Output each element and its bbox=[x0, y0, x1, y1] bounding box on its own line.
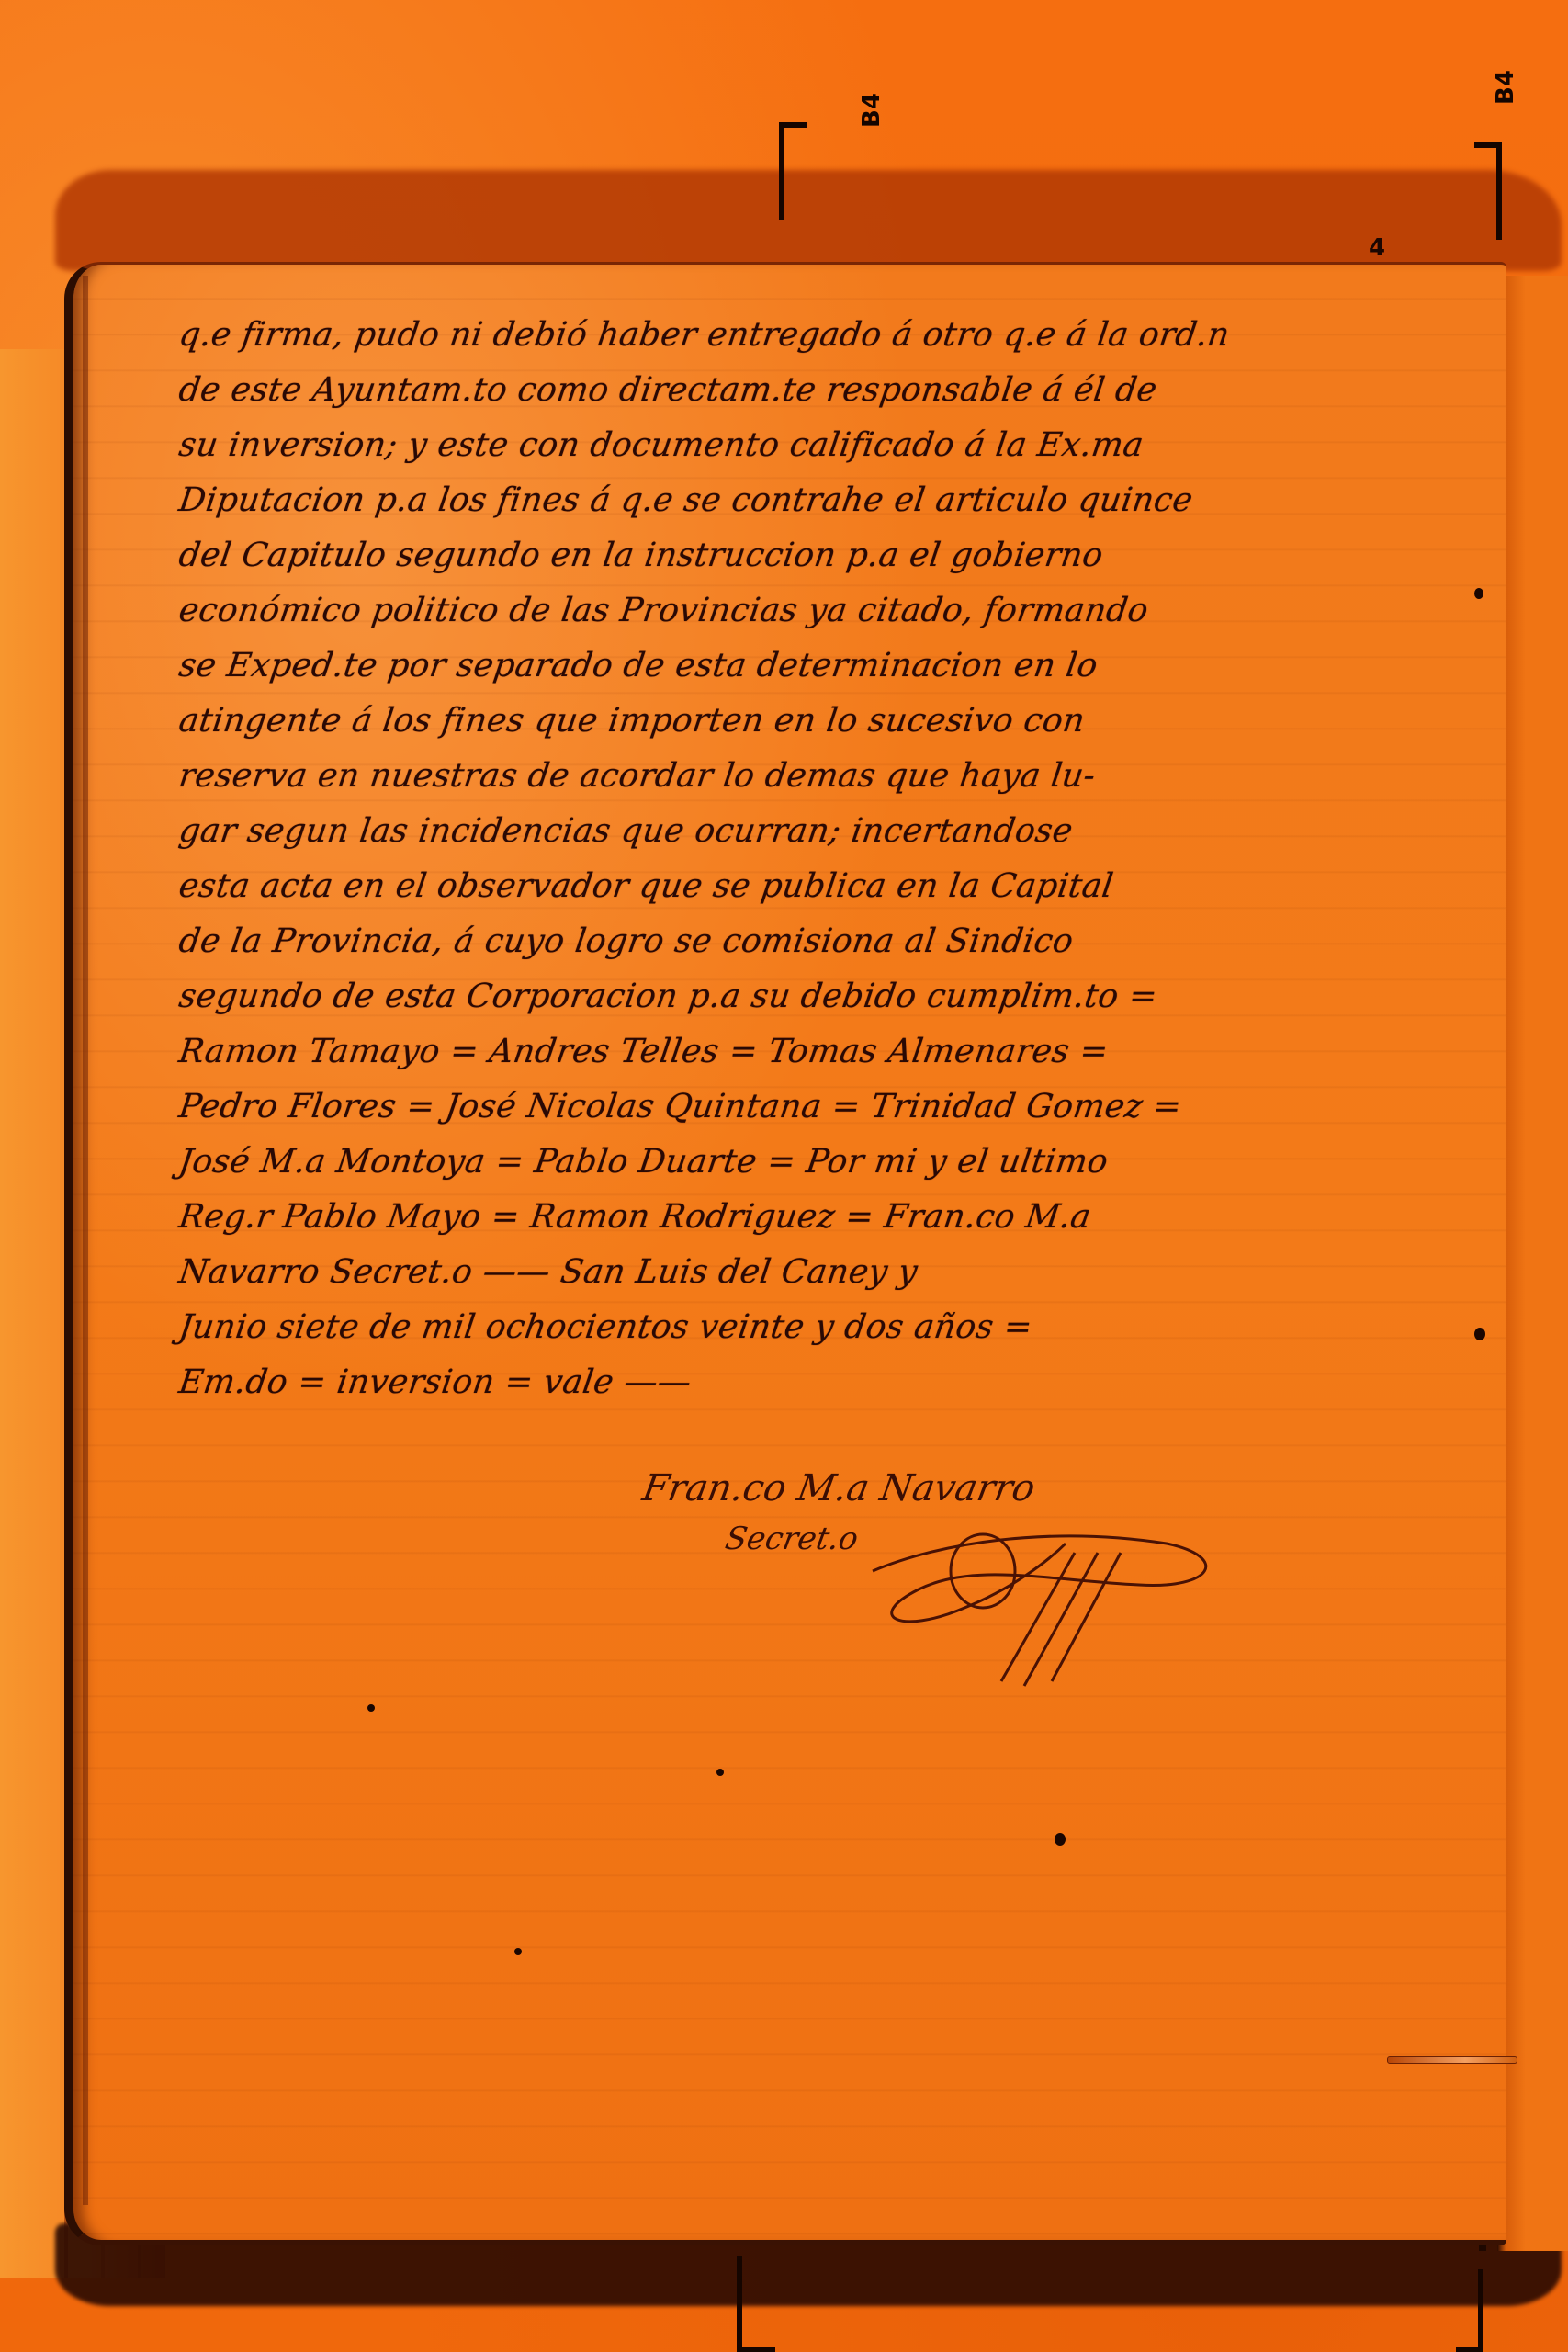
text-line: reserva en nuestras de acordar lo demas … bbox=[175, 749, 1441, 804]
text-line: Pedro Flores = José Nicolas Quintana = T… bbox=[175, 1080, 1441, 1135]
text-line: Diputacion p.a los fines á q.e se contra… bbox=[175, 473, 1441, 528]
text-line: se Exped.te por separado de esta determi… bbox=[175, 639, 1441, 694]
text-line: su inversion; y este con documento calif… bbox=[175, 418, 1441, 473]
text-line: esta acta en el observador que se public… bbox=[175, 859, 1441, 914]
text-line: Em.do = inversion = vale —— bbox=[175, 1355, 1441, 1410]
crop-bracket-bottom-right bbox=[1456, 2269, 1483, 2352]
pin-fastener bbox=[1387, 2056, 1517, 2064]
text-line: q.e firma, pudo ni debió haber entregado… bbox=[175, 308, 1441, 363]
text-line: Navarro Secret.o —— San Luis del Caney y bbox=[175, 1245, 1441, 1300]
ink-speck bbox=[1055, 1833, 1066, 1846]
text-line: de este Ayuntam.to como directam.te resp… bbox=[175, 363, 1441, 418]
ink-speck bbox=[514, 1948, 522, 1955]
text-line: gar segun las incidencias que ocurran; i… bbox=[175, 804, 1441, 859]
text-line: económico politico de las Provincias ya … bbox=[175, 583, 1441, 639]
manuscript-text: q.e firma, pudo ni debió haber entregado… bbox=[179, 308, 1438, 1410]
ink-speck bbox=[1474, 1328, 1485, 1340]
page-corner-mark: 4 bbox=[1369, 234, 1385, 262]
text-line: del Capitulo segundo en la instruccion p… bbox=[175, 528, 1441, 583]
text-line: José M.a Montoya = Pablo Duarte = Por mi… bbox=[175, 1135, 1441, 1190]
page-inner-edge bbox=[83, 276, 88, 2205]
crop-bracket-bottom-left bbox=[737, 2256, 775, 2352]
manuscript-photo: B4 B4 4 q.e firma, pudo ni debió haber e… bbox=[0, 0, 1568, 2352]
crop-bracket-top-right bbox=[1474, 142, 1502, 240]
archive-marker-top-right: B4 bbox=[1492, 70, 1519, 105]
ink-speck bbox=[367, 1704, 375, 1712]
page-top-shadow bbox=[55, 170, 1562, 271]
text-line: atingente á los fines que importen en lo… bbox=[175, 694, 1441, 749]
crop-bracket-top-left bbox=[779, 122, 807, 220]
ink-speck bbox=[1474, 588, 1483, 599]
ink-speck bbox=[716, 1769, 724, 1776]
text-line: Ramon Tamayo = Andres Telles = Tomas Alm… bbox=[175, 1024, 1441, 1080]
text-line: segundo de esta Corporacion p.a su debid… bbox=[175, 969, 1441, 1024]
text-line: de la Provincia, á cuyo logro se comisio… bbox=[175, 914, 1441, 969]
archive-marker-top-left: B4 bbox=[858, 93, 886, 128]
signature-flourish-icon bbox=[863, 1507, 1249, 1690]
text-line: Junio siete de mil ochocientos veinte y … bbox=[175, 1300, 1441, 1355]
text-line: Reg.r Pablo Mayo = Ramon Rodriguez = Fra… bbox=[175, 1190, 1441, 1245]
right-adjacent-page bbox=[1497, 276, 1568, 2251]
